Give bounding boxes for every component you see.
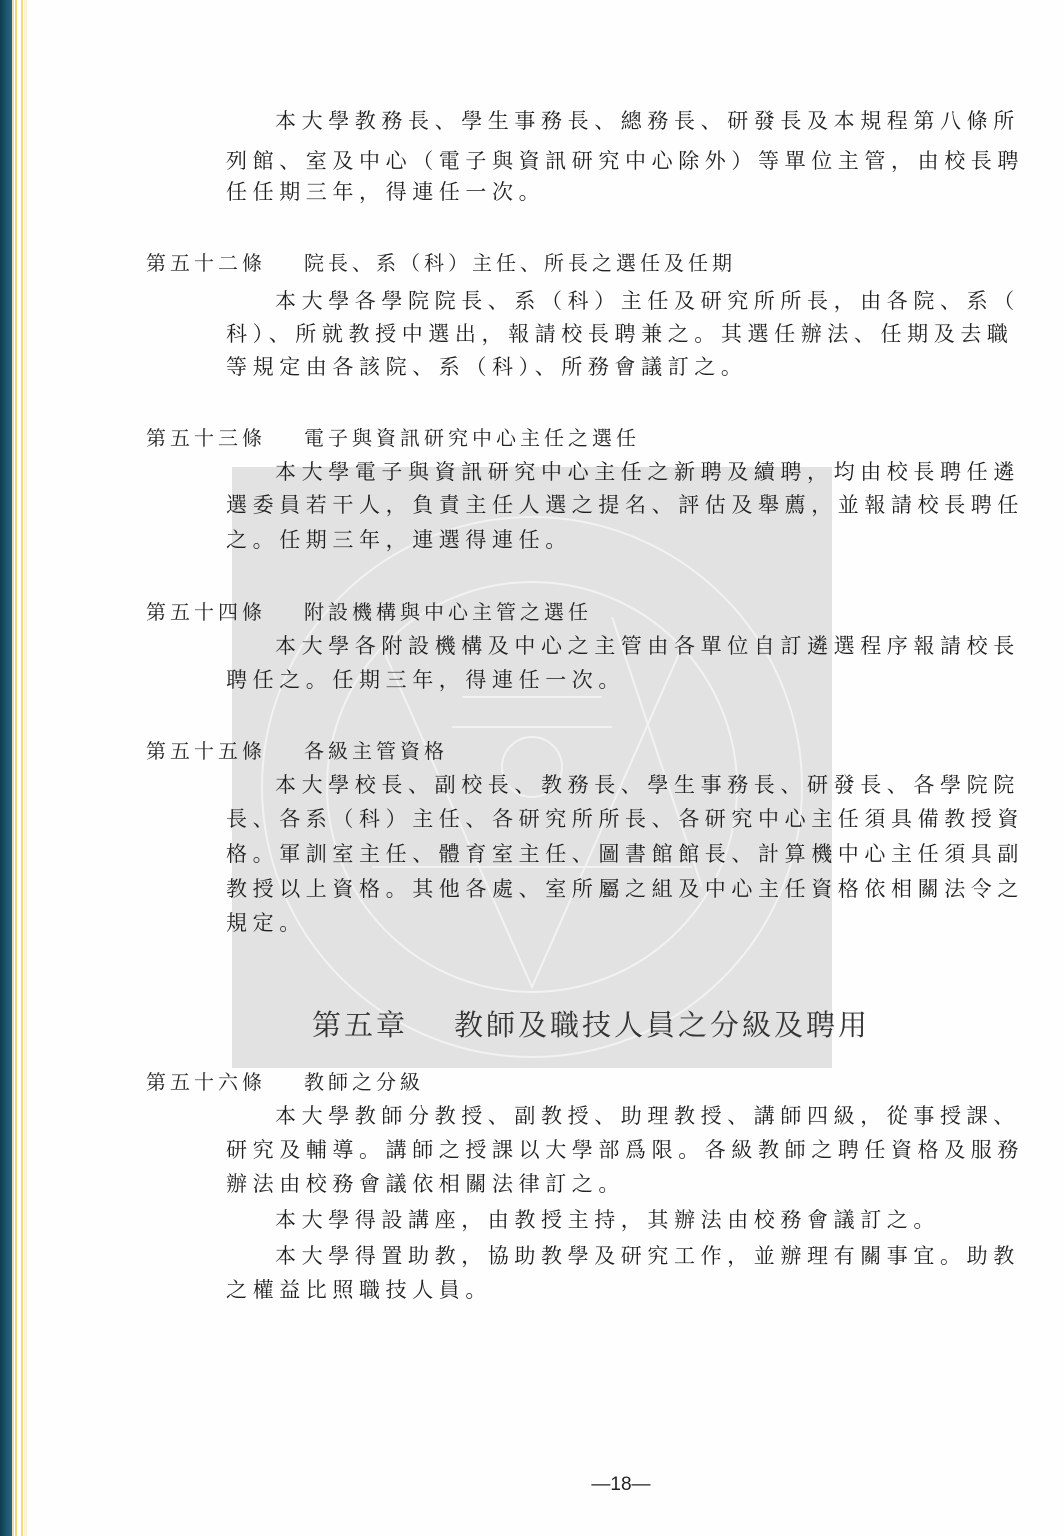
chapter-title: 第五章教師及職技人員之分級及聘用 (312, 1003, 870, 1044)
paragraph-line: 教授以上資格。其他各處、室所屬之組及中心主任資格依相關法令之 (226, 873, 1024, 903)
chapter-number: 第五章 (312, 1008, 408, 1042)
paragraph-line: 本大學各附設機構及中心之主管由各單位自訂遴選程序報請校長 (275, 630, 1020, 660)
paragraph-line: 長、各系（科）主任、各研究所所長、各研究中心主任須具備教授資 (226, 803, 1024, 833)
paragraph-line: 之。任期三年，連選得連任。 (226, 524, 572, 554)
paragraph-line: 研究及輔導。講師之授課以大學部爲限。各級教師之聘任資格及服務 (226, 1134, 1024, 1164)
article-title: 各級主管資格 (304, 739, 448, 763)
article-number: 第五十四條 (146, 596, 304, 625)
paragraph-line: 聘任之。任期三年，得連任一次。 (226, 664, 625, 694)
article-heading: 第五十五條各級主管資格 (146, 735, 448, 764)
article-heading: 第五十四條附設機構與中心主管之選任 (146, 596, 592, 625)
article-number: 第五十六條 (146, 1066, 304, 1095)
page-number: —18— (0, 1474, 1064, 1496)
paragraph-line: 規定。 (226, 907, 306, 937)
paragraph-line: 科）、所就教授中選出，報請校長聘兼之。其選任辦法、任期及去職 (226, 318, 1014, 348)
paragraph-line: 本大學教師分教授、副教授、助理教授、講師四級，從事授課、 (275, 1100, 1020, 1130)
article-number: 第五十三條 (146, 422, 304, 451)
paragraph-line: 列館、室及中心（電子與資訊研究中心除外）等單位主管，由校長聘 (226, 145, 1024, 175)
article-title: 教師之分級 (304, 1070, 424, 1094)
article-heading: 第五十二條院長、系（科）主任、所長之選任及任期 (146, 247, 736, 276)
article-heading: 第五十六條教師之分級 (146, 1066, 424, 1095)
article-heading: 第五十三條電子與資訊研究中心主任之選任 (146, 422, 640, 451)
paragraph-line: 本大學得置助教，協助教學及研究工作，並辦理有關事宜。助教 (275, 1240, 1020, 1270)
paragraph-line: 本大學電子與資訊研究中心主任之新聘及續聘，均由校長聘任遴 (275, 456, 1020, 486)
paragraph-line: 本大學教務長、學生事務長、總務長、研發長及本規程第八條所 (275, 105, 1020, 135)
paragraph-line: 本大學校長、副校長、教務長、學生事務長、研發長、各學院院 (275, 769, 1020, 799)
document-page: 本大學教務長、學生事務長、總務長、研發長及本規程第八條所 列館、室及中心（電子與… (0, 0, 1064, 1536)
paragraph-line: 等規定由各該院、系（科）、所務會議訂之。 (226, 351, 748, 381)
paragraph-line: 辦法由校務會議依相關法律訂之。 (226, 1168, 625, 1198)
article-number: 第五十二條 (146, 247, 304, 276)
paragraph-line: 格。軍訓室主任、體育室主任、圖書館館長、計算機中心主任須具副 (226, 838, 1024, 868)
article-number: 第五十五條 (146, 735, 304, 764)
paragraph-line: 本大學得設講座，由教授主持，其辦法由校務會議訂之。 (275, 1204, 940, 1234)
article-title: 院長、系（科）主任、所長之選任及任期 (304, 251, 736, 275)
paragraph-line: 選委員若干人，負責主任人選之提名、評估及舉薦，並報請校長聘任 (226, 489, 1024, 519)
paragraph-line: 任任期三年，得連任一次。 (226, 176, 545, 206)
paragraph-line: 本大學各學院院長、系（科）主任及研究所所長，由各院、系（ (275, 285, 1020, 315)
article-title: 附設機構與中心主管之選任 (304, 600, 592, 624)
article-title: 電子與資訊研究中心主任之選任 (304, 426, 640, 450)
paragraph-line: 之權益比照職技人員。 (226, 1274, 492, 1304)
chapter-name: 教師及職技人員之分級及聘用 (454, 1008, 870, 1042)
